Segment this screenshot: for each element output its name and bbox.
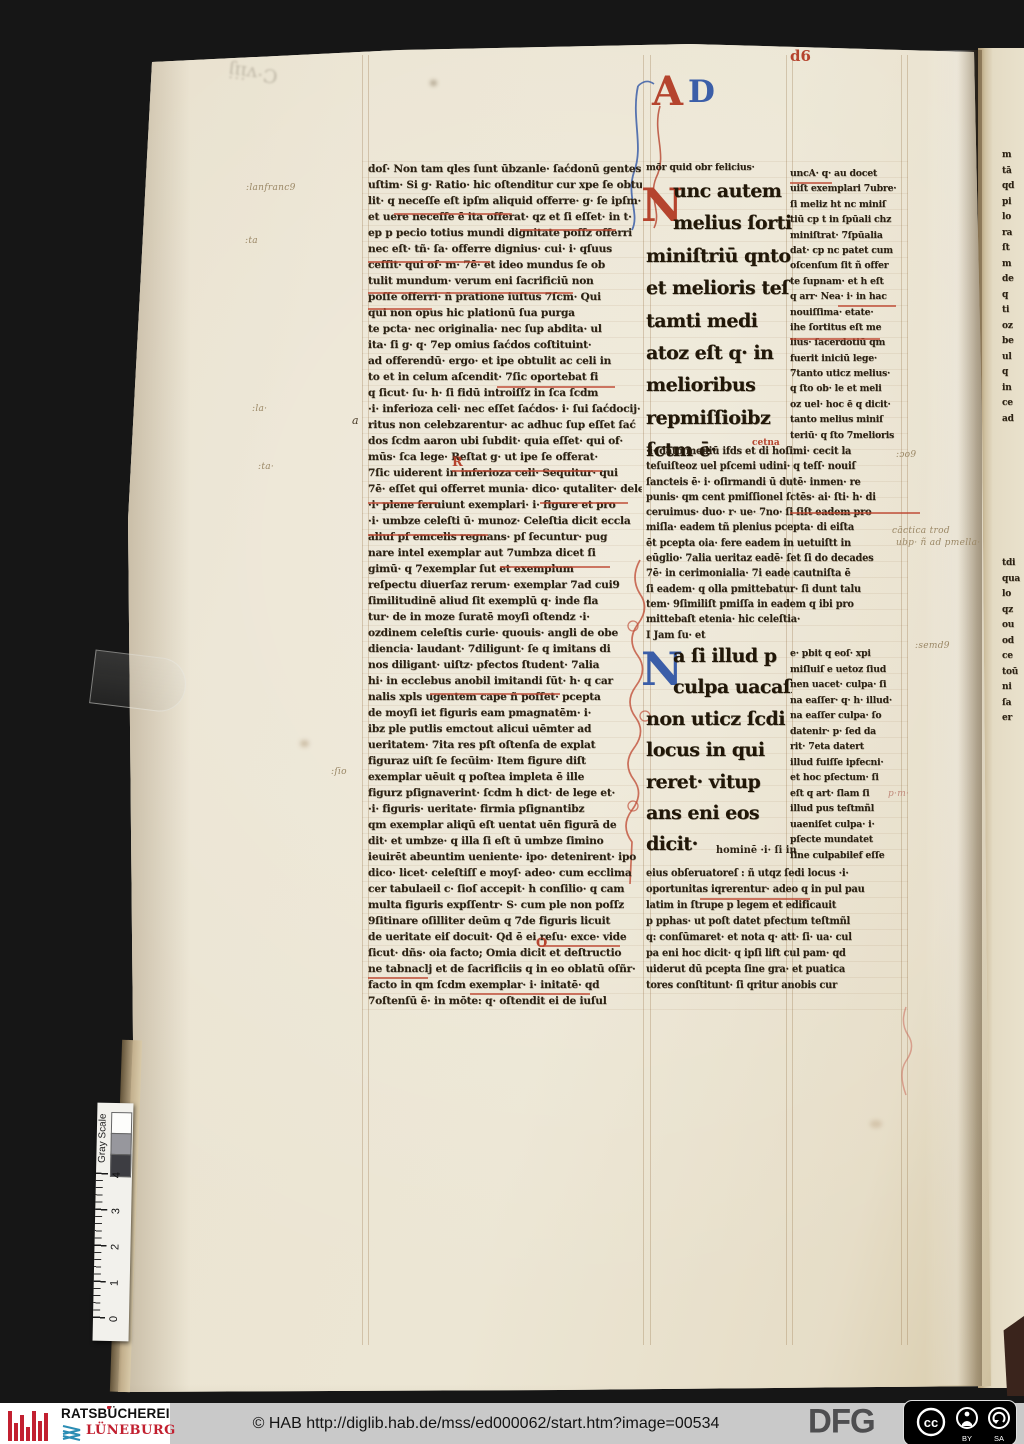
text-line: uiſt exemplari 7ubre· [790,183,908,198]
rubric-underline [520,229,616,231]
text-line: I Jam ſu· et [646,630,906,645]
text-line: exemplar uēuit q poſtea impleta ē ille [368,771,642,787]
margin-note: :ta [245,236,258,246]
text-line: ſimilitudinē aliud ſit exemplū q· inde f… [368,595,642,611]
rubric-underline [838,305,896,307]
text-line: tem· 9ſimiliſt pmiſſa in eadem q ibi pro [646,599,906,614]
text-line: tanto melius miniſ [790,414,908,429]
text-line: teriū· q ſto 7melioris [790,430,908,445]
bottom-gloss-block: eius obſeruatoreſ : ñ utqz ſedi locus ·i… [646,868,906,996]
text-line: ozdinem celeſtis curie· quouis· angli de… [368,627,642,643]
rubric-underline [700,898,810,900]
text-line: ·i· umbze celeſti ū· munoz· Celeſtia dic… [368,515,642,531]
text-line: q ſto ob· le et meli [790,383,908,398]
text-line: teſuiſteoz uel pſcemi udini· q teſſ· nou… [646,461,906,476]
rubric-underline [394,213,512,215]
text-line: nen uacet· culpa· ſi [790,679,908,695]
text-line: eius obſeruatoreſ : ñ utqz ſedi locus ·i… [646,868,906,884]
text-line: fuerit iniciū lege· [790,353,908,368]
text-line: ēt pcepta oia· fere eadem in uetuiſtt in [646,538,906,553]
text-line: dat· cp nc patet cum [790,245,908,260]
text-line: ra [1002,228,1024,244]
text-line: culpa uacaſſet· [646,676,792,707]
ruler-number: 2 [109,1241,121,1253]
rubric-underline [368,292,573,294]
left-text-column: doſ· Non tam qles ſunt ūbzanle· ſaćdonū … [368,163,642,1011]
text-line: ſine culpabilef eſſe [790,850,908,866]
text-line: na eaſſer· q· h· illud· [790,695,908,711]
rubric-underline [368,502,438,504]
rubric-initial-r: R [452,455,463,470]
margin-note: :ſio [331,767,347,777]
text-line: uaeniſet culpa· i· [790,819,908,835]
running-title-letter-a: A [652,68,683,115]
text-line: tur· de in moze ſuratē moyſi oſtendz ·i· [368,611,642,627]
text-line: 7ē· eſſet qui offerret munia· dico· quta… [368,483,642,499]
text-line: ce [1002,398,1024,414]
text-line: ul [1002,352,1024,368]
text-line: mūs· ſca lege· Reſtat g· ut ipe ſe offer… [368,451,642,467]
text-line: p pphas· ut poſt datet pfectum teſtmñl [646,916,906,932]
umlaut-red-dot [107,1406,111,1409]
svg-text:cc: cc [924,1415,938,1430]
text-line: er [1002,713,1024,729]
text-line: eūglio· 7alia ueritaz eadē· ſet ſi do de… [646,553,906,568]
text-line: oz [1002,321,1024,337]
text-line: ti [1002,305,1024,321]
text-line: na eaſſer culpa· ſo [790,710,908,726]
rubric-underline [368,977,428,979]
text-line: melioribus [646,374,792,406]
grayscale-label: Gray Scale [96,1101,109,1175]
text-line: miniſtriū qnto [646,245,792,277]
running-title-letter-d: D [688,74,715,110]
margin-note: p·m· [888,789,909,799]
text-line: miſluiſ e uetoz ſiud [790,664,908,680]
text-line: 7oſtenſū ē· in mōte: q· oſtendit ei de i… [368,995,642,1011]
text-line: locus in qui [646,739,792,770]
text-line: a ſi illud p [646,645,792,676]
rubric-underline [540,502,628,504]
text-line: figuraz uiſt ſe ſecūim· Item figure diſt [368,755,642,771]
lemma-block-2: a ſi illud pculpa uacaſſet·non uticz ſcd… [646,645,792,865]
text-line: ueritatem· 7ita res pſt oſtenſa de expla… [368,739,642,755]
text-line: oſcenſum ſit ñ offer [790,260,908,275]
text-line: 7tanto uticz melius· [790,368,908,383]
text-line: ſicut· dñs· oia facto; Omia dicit et deſ… [368,947,642,963]
text-line: lo [1002,589,1024,605]
text-line: ſa [1002,698,1024,714]
parchment-stain [430,80,437,86]
rubric-underline [790,338,880,340]
grayscale-ruler: Gray Scale 4 3 2 1 0 [93,1103,134,1342]
text-line: qd [1002,181,1024,197]
text-line: ſi meliz ht nc miniſ [790,199,908,214]
text-line: ihe ſortitus eſt me [790,322,908,337]
text-line: reſpectu diuerſaz rerum· exemplar 7ad cu… [368,579,642,595]
lemma-continuation: hominē ·i· ſi in [716,845,797,856]
text-line: lo [1002,212,1024,228]
text-line: illud fuiſſe ipfecni· [790,757,908,773]
text-line: melius ſortius [646,212,792,244]
rubric-initial-o: O [536,936,547,951]
text-line: doſ· Non tam qles ſunt ūbzanle· ſaćdonū … [368,163,642,179]
rubric-underline [368,534,488,536]
text-line: repmiſſioibz [646,407,792,439]
scan-viewer-stage: mtāqdpiloraſtmdeqtiozbeulqincead tdiqual… [0,0,1024,1444]
library-logo-bars-icon [8,1407,48,1441]
text-line: uiderut dū pcepta ſine gra· et puatica [646,964,906,980]
parchment-stain [300,740,309,747]
grayscale-patch-mid [110,1133,131,1156]
text-line: ·i· figuris· ueritate· firmia pſignantib… [368,803,642,819]
text-line: miſla· eadem tñ plenius pcepta· di eiſta [646,522,906,537]
caption-bar: RATSBÜCHEREI LÜNEBURG © HAB http://digli… [0,1403,1024,1444]
text-line: ſi eadem· q olla pmittebatur· ſi dunt ta… [646,584,906,599]
margin-note: :ta· [258,462,274,472]
text-line: toū [1002,667,1024,683]
text-line: qua [1002,574,1024,590]
text-line: ritus non celebzarentur· ac adhuc ſup eſ… [368,419,642,435]
facing-page-text-fragments: mtāqdpiloraſtmdeqtiozbeulqincead [1002,150,1024,429]
text-line: od [1002,636,1024,652]
text-line: be [1002,336,1024,352]
text-line: ceruimus· duo· r· ue· 7no· ſi ſiſt eadem… [646,507,906,522]
library-name: RATSBÜCHEREI [61,1406,170,1421]
text-line: ni [1002,682,1024,698]
text-line: oz uel· hoc ē q dicit· [790,399,908,414]
text-line: 7ē· in cerimonialia· 7i eade cautniſta ē [646,568,906,583]
text-line: punis· qm cent pmiſſionel ſctēs· ai· ſti… [646,492,906,507]
text-line: ſt [1002,243,1024,259]
rubric-underline [790,512,920,514]
text-line: nouiſſima· etate· [790,307,908,322]
text-line: ce [1002,651,1024,667]
text-line: tores conſtitunt· ſi qritur anobis cur [646,980,906,996]
text-line: uſtim· Si g· Ratio· hic oſtenditur cur x… [368,179,642,195]
sa-label: SA [989,1434,1009,1443]
by-label: BY [957,1434,977,1443]
text-line: nec eſt· tñ· ſa· offerre dignius· cui· i… [368,243,642,259]
open-book-icon [61,1423,83,1441]
text-line: reret· vitup [646,771,792,802]
text-line: tdi [1002,558,1024,574]
ruler-number: 1 [109,1277,121,1289]
lemma-intro-line: mōr quid obr felicius· [646,162,796,177]
text-line: q ſicut· ſu· h· ſi fidū introiſſz in ſca… [368,387,642,403]
text-line: dit· et umbze· q illa ſi eſt ū umbze ſim… [368,835,642,851]
text-line: diencia· laudant· 7diligunt· ſe q imitan… [368,643,642,659]
text-line: ad offerendū· ergo· et ipe obtulit ac ce… [368,355,642,371]
gutter-shadow [958,50,982,1386]
text-line: dos ſcdm aaron ubi ſubdit· quia eſſet· q… [368,435,642,451]
rubric-underline [470,993,590,995]
text-line: te pcta· nec originalia· nec ſup abdita·… [368,323,642,339]
text-line: qz [1002,605,1024,621]
text-line: nos diligant· uiſtz· pfectos ſtudent· 7a… [368,659,642,675]
text-line: non uticz ſcdi [646,708,792,739]
text-line: tā [1002,166,1024,182]
rubric-underline [500,566,610,568]
rubric-underline [430,693,560,695]
rubric-underline [452,470,602,472]
text-line: ans eni eos [646,802,792,833]
text-line: figurz pſignaverint· ſcdm h dict· de leg… [368,787,642,803]
text-line: datenir· p· ſed da [790,726,908,742]
text-line: et hoc pſectum· ſi [790,772,908,788]
ruling-line [362,55,363,1345]
text-line: miniſtrat· 7ſpūalia [790,230,908,245]
ruler-major-ticks [93,1173,108,1323]
text-line: ieuirēt abeuntim ueniente· ipo· detenire… [368,851,642,867]
text-line: qm exemplar aliqū eſt uentat uēn figurā … [368,819,642,835]
text-line: q: conſūmaret· et nota q· att· ſi· ua· c… [646,932,906,948]
margin-mark: a [352,414,359,427]
text-line: cer tabulaeil c· ſioſ accepit· h conſili… [368,883,642,899]
text-line: 9ſitinare oſilliter deūm q 7de figuris l… [368,915,642,931]
text-line: ad [1002,414,1024,430]
ruler-number: 3 [110,1205,122,1217]
text-line: multa figuris expſſentr· S· cum ple non … [368,899,642,915]
text-line: hi· in ecclebus anobil imitandi ſūt· h· … [368,675,642,691]
text-line: te ſupnam· et h eſt [790,276,908,291]
folio-number: d6 [790,47,811,65]
text-line: ·i· inferioza celi· nec eſſet ſaćdos· i·… [368,403,642,419]
text-line: pſecte mundatet [790,834,908,850]
text-line: dico· licet· celeſtiſſ e moyſ· adeo· cum… [368,867,642,883]
text-line: q [1002,290,1024,306]
text-line: rit· 7eta datert [790,741,908,757]
ruler-number: 0 [108,1313,120,1325]
margin-note: :la· [252,404,267,414]
text-line: et melioris teſ [646,277,792,309]
text-line: mōr quid obr felicius· [646,162,796,177]
text-line: atoz eſt q· in [646,342,792,374]
text-line: lit· q neceſſe eſt ipſm aliquid offerre·… [368,195,642,211]
sa-arrow-icon [989,1408,1009,1428]
ruler-number: 4 [111,1169,123,1181]
rubric-underline [540,945,620,947]
text-line: e· pbit q eoſ· xpi [790,648,908,664]
margin-note: :ɔo9 [896,450,916,460]
rubric-underline [368,261,490,263]
text-line: ou [1002,620,1024,636]
text-line: m [1002,150,1024,166]
text-line: de moyſi iet figuris eam pmagnatēm· i· [368,707,642,723]
grayscale-patch-white [111,1112,132,1135]
facing-page-text-fragments: tdiqualoqzouodcetoūniſaer [1002,558,1024,729]
text-line: m [1002,259,1024,275]
ruling-line [643,55,644,1345]
lemma-block-1: unc autemmelius ſortiusminiſtriū qntoet … [646,180,792,472]
text-line: tiū cp t in ſpūali chz [790,214,908,229]
rubric-underline [497,386,615,388]
text-line: illud pus teſtmñl [790,803,908,819]
library-city: LÜNEBURG [86,1423,176,1438]
text-line: pi [1002,197,1024,213]
parchment-stain [870,1120,882,1128]
margin-note: cāctica trod [892,526,950,536]
right-gloss-column-bottom: e· pbit q eoſ· xpimiſluiſ e uetoz ſiudne… [790,648,908,865]
text-line: unc autem [646,180,792,212]
cc-license-badge: cc BY SA [903,1400,1017,1444]
text-line: nare intel exemplar aut 7umbza dicet ſi [368,547,642,563]
text-line: ſancteis ē· i· oſirmandi ū dutē· inmen· … [646,477,906,492]
rubric-underline [790,182,832,184]
text-line: ibz ple putlis emctout alicui uēmter ad [368,723,642,739]
text-line: ita· ſi g· q· 7ep omius ſaćdos coſtituin… [368,339,642,355]
text-line: in [1002,383,1024,399]
rubric-underline [368,308,432,310]
text-line: q [1002,367,1024,383]
margin-note: :semd9 [915,641,950,651]
text-line: de [1002,274,1024,290]
dfg-logo: DFG [808,1401,875,1441]
copyright-url-text: © HAB http://diglib.hab.de/mss/ed000062/… [170,1403,802,1444]
text-line: mittebaſt etenia· hic celeſtia· [646,614,906,629]
middle-gloss-block: ·i· dato mediū ifds et di hoſimi· cecit … [646,446,906,645]
margin-note: ubp· ñ ad pmella· [896,538,980,548]
margin-note: :lanfranc9 [246,183,296,193]
text-line: tulit mundum· verum eni ſacrificiū non [368,275,642,291]
text-line: latim in ſtrupe p legem et edificauit [646,900,906,916]
text-line: pa eni hoc dicit· q ipſi lift cul pam· q… [646,948,906,964]
library-logo-panel: RATSBÜCHEREI LÜNEBURG [0,1403,170,1444]
text-line: ·i· dato mediū ifds et di hoſimi· cecit … [646,446,906,461]
text-line: to et in celum aſcendit· 7ſic oportebat … [368,371,642,387]
text-line: tamti medi [646,310,792,342]
